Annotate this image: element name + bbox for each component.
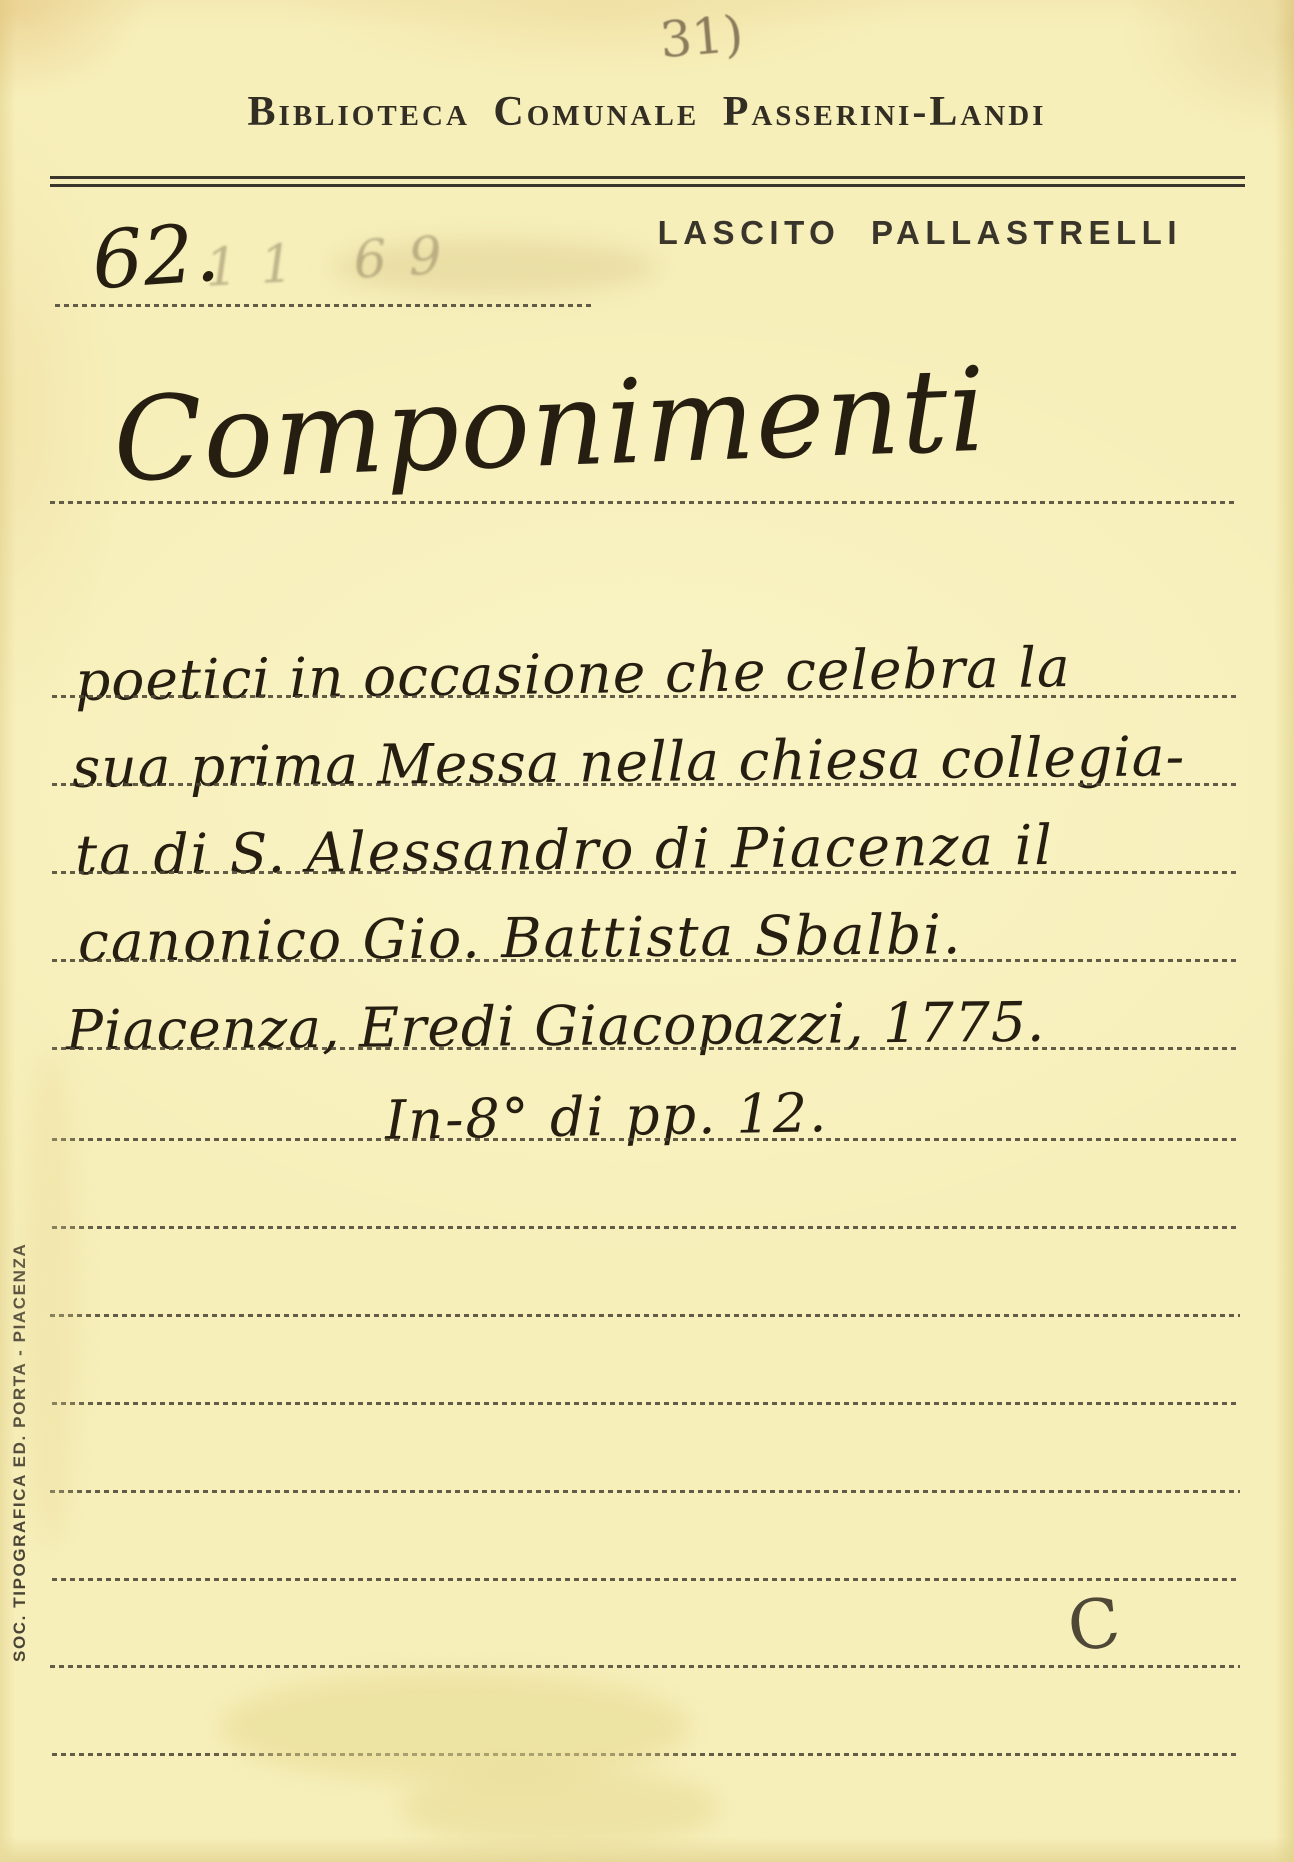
ruled-line [52,1402,1240,1405]
handwritten-line: canonico Gio. Battista Sbalbi. [78,902,963,974]
library-index-card: 31) Biblioteca Comunale Passerini-Landi … [0,0,1294,1862]
handwritten-line: Piacenza, Eredi Giacopazzi, 1775. [66,990,1046,1063]
ruled-line [52,1578,1238,1581]
paper-stain [400,1768,720,1848]
library-name-header: Biblioteca Comunale Passerini-Landi [0,88,1294,136]
ruled-line [52,783,1237,786]
collection-label: LASCITO PALLASTRELLI [658,214,1182,252]
ruled-line [52,1226,1240,1229]
call-number: 62. [89,206,222,308]
erased-pencil-note: 11 69 [204,225,466,298]
header-divider-rule [50,176,1245,187]
printer-imprint: SOC. TIPOGRAFICA ED. PORTA - PIACENZA [10,1243,30,1662]
ruled-line [52,695,1237,698]
pencil-page-number: 31) [658,4,746,69]
card-title: Componimenti [98,342,1002,508]
call-number-rule [55,304,593,307]
paper-stain [220,1672,690,1782]
ruled-line [52,1753,1240,1756]
ruled-line [52,1138,1237,1141]
handwritten-line: poetici in occasione che celebra la [75,635,1072,713]
corner-mark: C [1064,1583,1124,1667]
format-line: In-8° di pp. 12. [384,1081,828,1152]
ruled-line [50,1665,1240,1668]
ruled-line [50,1490,1240,1493]
ruled-line [50,501,1235,504]
ruled-line [52,871,1237,874]
handwritten-line: ta di S. Alessandro di Piacenza il [75,813,1054,887]
handwritten-line: sua prima Messa nella chiesa collegia- [72,724,1186,800]
ruled-line [52,1047,1237,1050]
ruled-line [50,1314,1240,1317]
ruled-line [52,959,1237,962]
